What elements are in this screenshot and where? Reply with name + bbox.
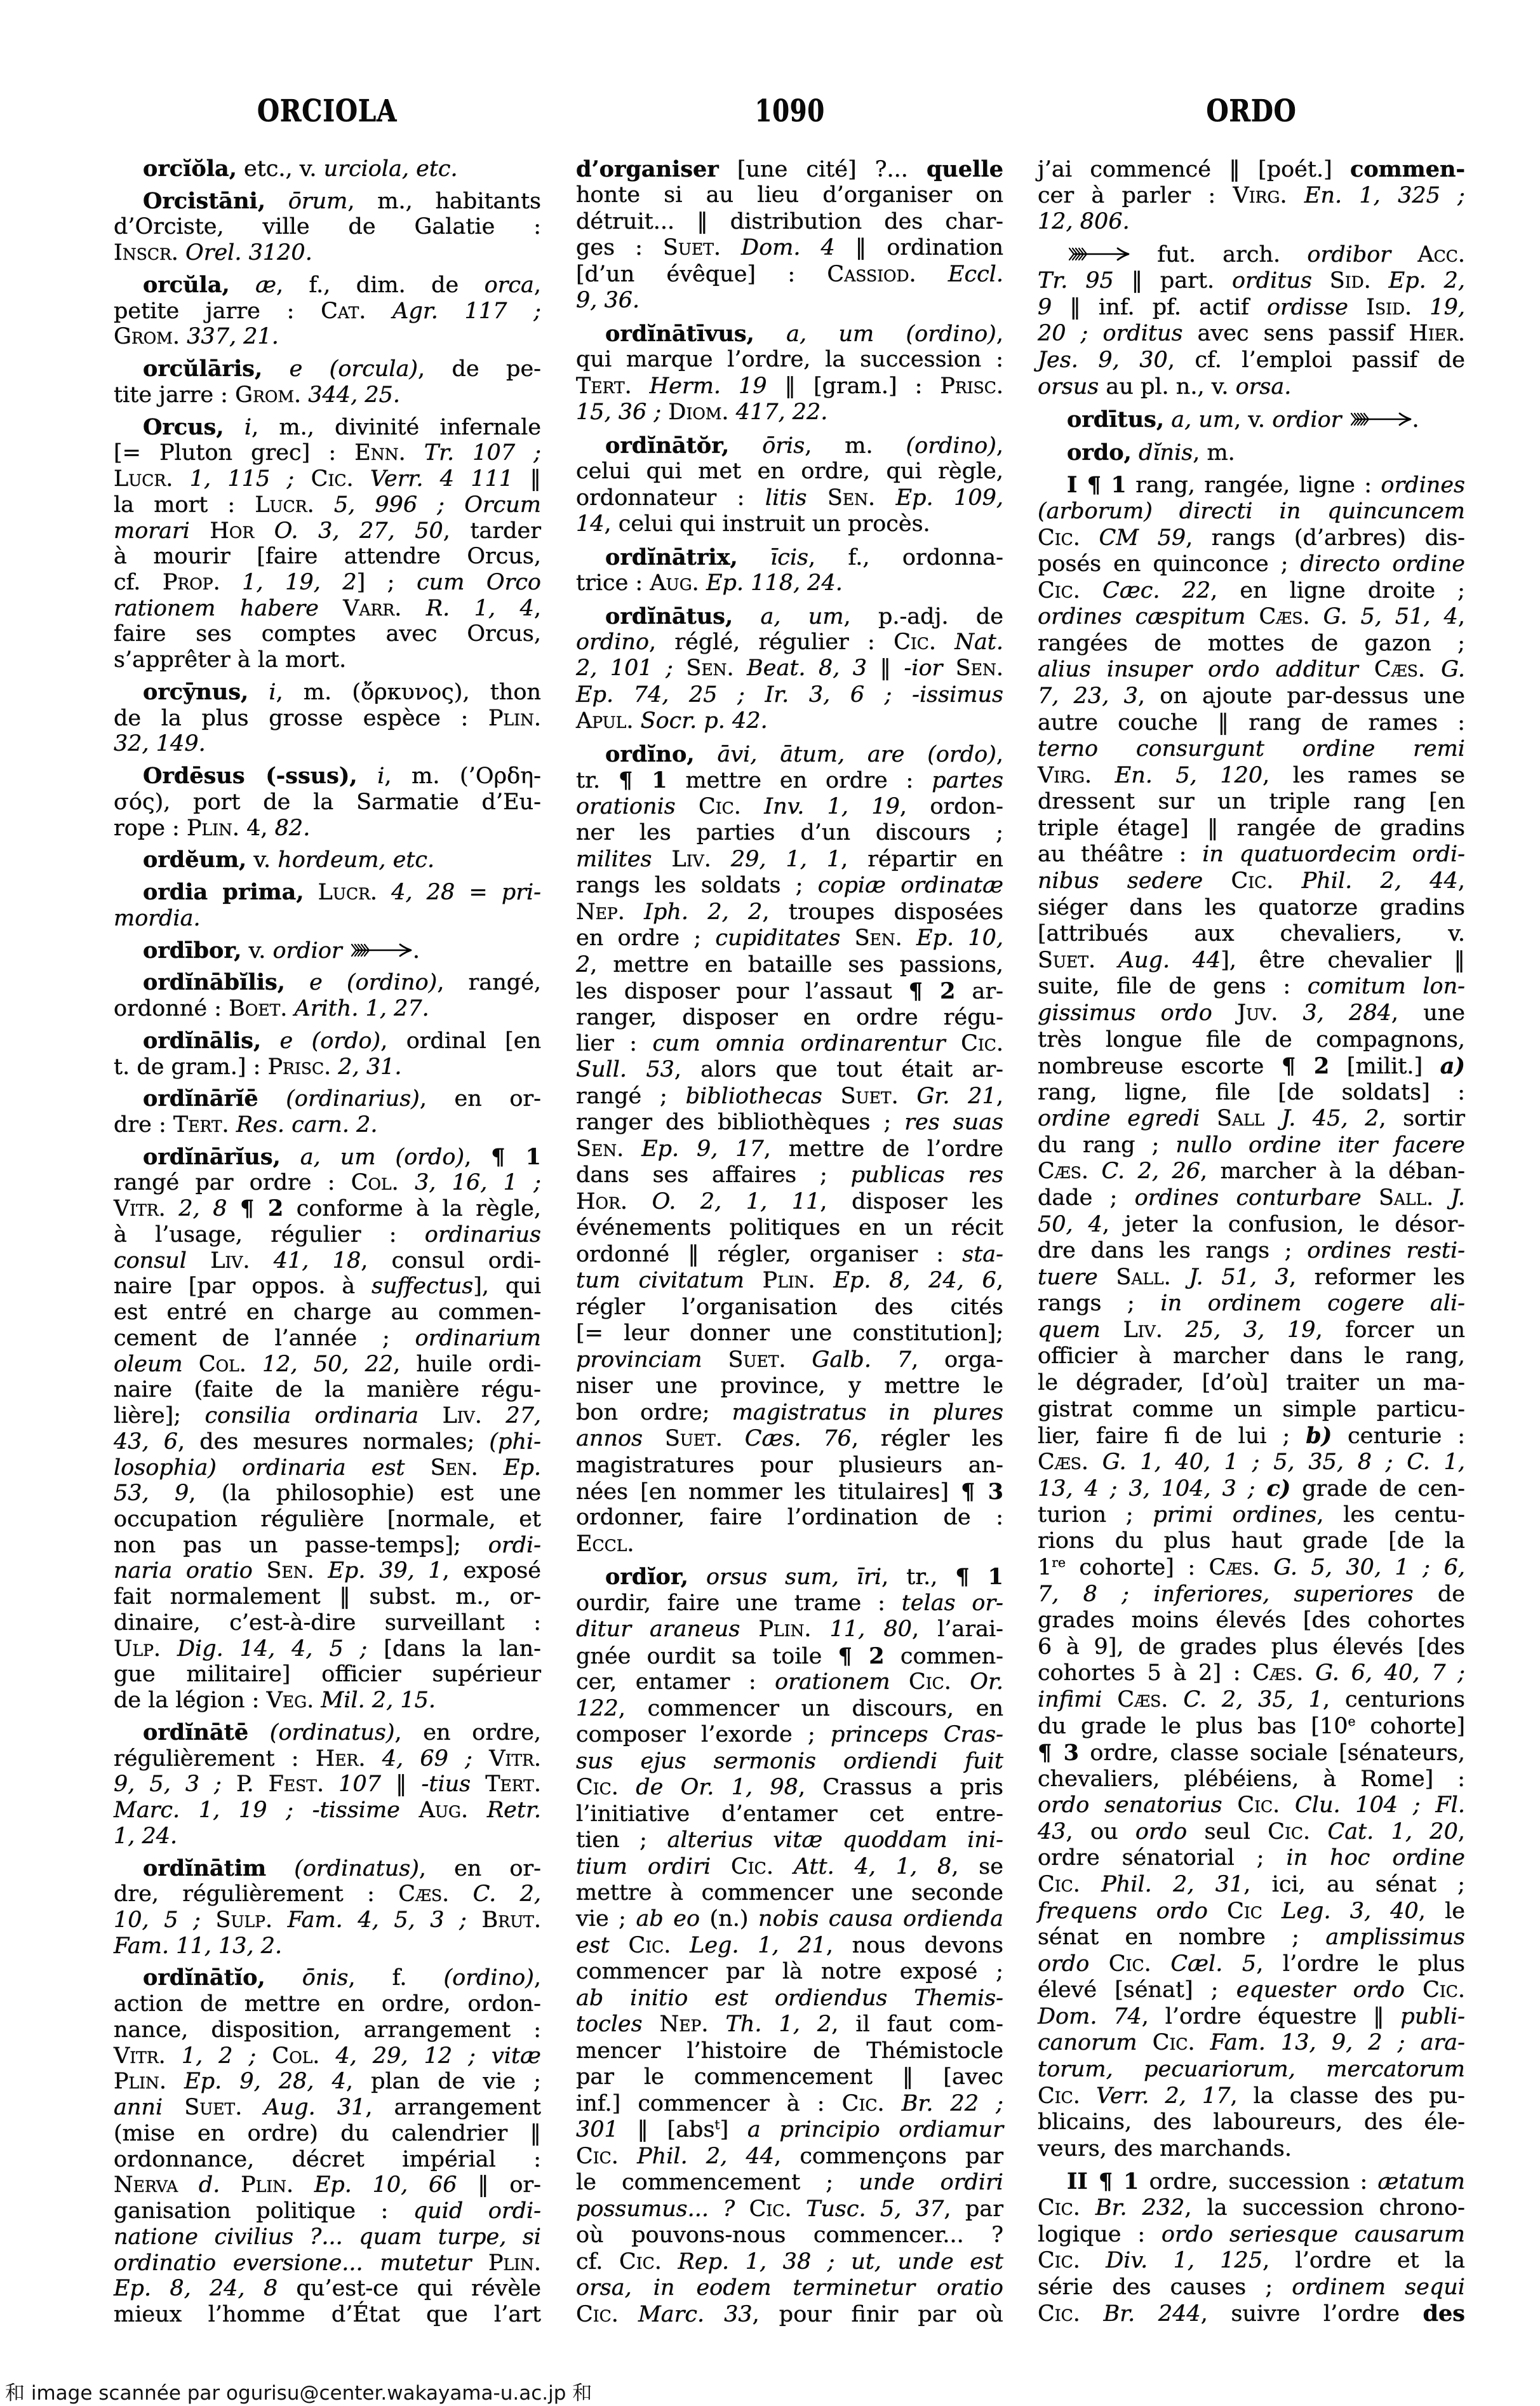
definition-text: , réglé, régulier : — [649, 629, 894, 655]
definition-text: seul — [1187, 1819, 1268, 1845]
definition-text — [633, 708, 640, 734]
dictionary-line: [d’un évêque] : Cassiod. Eccl. — [576, 262, 1003, 288]
definition-text: , nous devons — [826, 1933, 1003, 1958]
definition-text — [178, 2172, 199, 2198]
dictionary-entry: Orcus, i, m., divinité infernale[= Pluto… — [114, 415, 541, 673]
definition-text: , suivre l’ordre — [1201, 2301, 1423, 2327]
latin-text: 5, 996 ; Orcum — [334, 492, 541, 518]
dictionary-entry: ordĭnātus, a, um, p.-adj. deordino, régl… — [576, 603, 1003, 735]
latin-text: Cæc. 22 — [1102, 578, 1210, 603]
definition-text: fait normalement ‖ subst. m., or- — [114, 1584, 541, 1610]
latin-text: sta- — [962, 1242, 1003, 1267]
definition-text: ‖ inf. pf. actif — [1052, 295, 1267, 320]
latin-text: Herm. 19 — [650, 373, 767, 399]
author-abbreviation: Cæs. — [1209, 1555, 1260, 1580]
definition-text: mettre en ordre : — [667, 768, 932, 793]
dictionary-line: ranger des bibliothèques ; res suas — [576, 1110, 1003, 1136]
latin-text: alius insuper ordo additur — [1038, 657, 1358, 682]
definition-text: , — [534, 272, 541, 298]
author-abbreviation: Sen. — [827, 485, 875, 511]
definition-text: , pour finir par où — [753, 2302, 1003, 2327]
definition-text: rions du plus haut grade [de la — [1038, 1528, 1465, 1554]
definition-text: , — [996, 433, 1003, 459]
author-abbreviation: Cic. — [576, 2144, 619, 2169]
running-head-right-text: ORDO — [1206, 93, 1296, 130]
subsection-letter: a) — [1440, 1053, 1465, 1079]
definition-text: [milit.] — [1329, 1054, 1440, 1079]
dictionary-line: à l’usage, régulier : ordinarius — [114, 1222, 541, 1248]
author-abbreviation: Tert. — [485, 1771, 541, 1797]
headword-text: ordĭnālis, — [143, 1028, 261, 1054]
latin-text: ordi- — [488, 1533, 541, 1558]
definition-text: nance, disposition, arrangement : — [114, 2017, 541, 2043]
latin-text: Ep. 74, 25 ; Ir. 3, 6 ; -issimus — [576, 682, 1003, 708]
dictionary-line: orcŭlāris, e (orcula), de pe- — [114, 356, 541, 382]
definition-text — [735, 2196, 749, 2222]
dictionary-line: inf.] commencer à : Cic. Br. 22 ; — [576, 2091, 1003, 2117]
dictionary-line: Sen. Ep. 9, 17, mettre de l’ordre — [576, 1136, 1003, 1162]
author-abbreviation: Tert. — [173, 1112, 229, 1138]
headword-text: ordītus, — [1067, 407, 1164, 433]
dictionary-line: 10, 5 ; Sulp. Fam. 4, 5, 3 ; Brut. — [114, 1907, 541, 1933]
dictionary-line: orationis Cic. Inv. 1, 19, ordon- — [576, 794, 1003, 820]
definition-text: , une — [1391, 1000, 1465, 1026]
definition-text: siéger dans les quatorze gradins — [1038, 895, 1465, 920]
definition-text — [314, 1558, 328, 1583]
definition-text: . — [1412, 407, 1419, 433]
dictionary-line: en ordre ; cupiditates Sen. Ep. 10, — [576, 925, 1003, 951]
definition-text: cer à parler : — [1038, 183, 1233, 208]
dictionary-line: dans ses affaires ; publicas res — [576, 1162, 1003, 1188]
definition-text — [324, 1771, 338, 1797]
definition-text: , exposé — [443, 1558, 541, 1583]
definition-text: ordonné ‖ régler, organiser : — [576, 1242, 962, 1267]
definition-text: , — [534, 1965, 541, 1991]
latin-text: tium ordiri — [576, 1854, 711, 1879]
definition-text — [1080, 1872, 1101, 1897]
author-abbreviation: Sen. — [956, 655, 1003, 681]
latin-text: G. 5, 51, 4 — [1323, 604, 1458, 629]
latin-text: d. — [199, 2172, 220, 2198]
latin-text: 19, — [1430, 295, 1465, 320]
author-abbreviation: Grom. — [235, 382, 301, 408]
definition-text — [1362, 1185, 1379, 1211]
latin-text: a principio ordiamur — [747, 2117, 1003, 2142]
dictionary-line: gissimus ordo Juv. 3, 284, une — [1038, 1000, 1465, 1027]
dictionary-line: j’ai commencé ‖ [poét.] commen- — [1038, 156, 1465, 183]
latin-text: (phi- — [489, 1429, 541, 1455]
definition-text — [220, 2172, 241, 2198]
latin-text: ordines resti- — [1307, 1238, 1465, 1263]
definition-text — [293, 2172, 314, 2198]
definition-text — [281, 1145, 300, 1170]
latin-text: Ep. 8, 24, 6 — [833, 1268, 996, 1293]
definition-text — [1163, 1317, 1186, 1343]
latin-text: consilia ordinaria — [204, 1403, 418, 1428]
author-abbreviation: Sall. — [1116, 1265, 1170, 1290]
dictionary-line: ordĭnābĭlis, e (ordino), rangé, — [114, 970, 541, 996]
dictionary-line: ordĭnātŏr, ōris, m. (ordino), — [576, 433, 1003, 459]
headword-text: des — [1423, 2301, 1465, 2327]
dictionary-line: d’Orciste, ville de Galatie : — [114, 214, 541, 240]
dictionary-line: du rang ; nullo ordine iter facere — [1038, 1132, 1465, 1159]
dictionary-line: 9 ‖ inf. pf. actif ordisse Isid. 19, — [1038, 295, 1465, 321]
dictionary-line: gue militaire] officier supérieur — [114, 1662, 541, 1688]
latin-text: orsus — [1038, 374, 1099, 400]
latin-text: 1, 19, 2 — [242, 570, 356, 595]
dictionary-line: fait normalement ‖ subst. m., or- — [114, 1584, 541, 1610]
author-abbreviation: Cic. — [311, 466, 354, 492]
dictionary-line: ordino, réglé, régulier : Cic. Nat. — [576, 629, 1003, 655]
definition-text — [899, 1084, 917, 1109]
headword-text: ordĭor, — [605, 1564, 688, 1590]
definition-text: , m. ( — [276, 680, 361, 705]
dictionary-line: fut. arch. ordibor Acc. — [1038, 242, 1465, 269]
dictionary-line: du grade le plus bas [10e cohorte] — [1038, 1714, 1465, 1740]
dictionary-entry: ordĭnātim (ordinatus), en or-dre, réguli… — [114, 1856, 541, 1959]
latin-text: naria oratio — [114, 1558, 253, 1583]
definition-text — [1102, 1687, 1117, 1712]
latin-text: Aug. 44 — [1118, 948, 1221, 973]
definition-text: 4, — [239, 816, 275, 841]
definition-text — [822, 1084, 841, 1109]
dictionary-entry: fut. arch. ordibor Acc.Tr. 95 ‖ part. or… — [1038, 242, 1465, 400]
page-number-text: 1090 — [754, 93, 824, 130]
definition-text: de la légion : — [114, 1688, 267, 1713]
definition-text — [418, 1403, 442, 1428]
author-abbreviation: Cic. — [1038, 2195, 1080, 2221]
latin-text: 29, 1, 1 — [731, 847, 841, 872]
author-abbreviation: Aug. — [419, 1798, 468, 1823]
dictionary-line: sénat en nombre ; amplissimus — [1038, 1925, 1465, 1951]
latin-text: 1, 2 ; — [182, 2043, 257, 2069]
latin-text: telas or- — [902, 1590, 1003, 1616]
headword-text: ordībor, — [143, 938, 241, 964]
definition-text — [1222, 1792, 1238, 1818]
latin-text: Cæs. 76 — [745, 1426, 852, 1451]
definition-text: , l’ordre équestre ‖ — [1142, 2004, 1401, 2029]
definition-text: , plan de vie ; — [346, 2069, 541, 2094]
definition-text: mencer l’histoire de Thémistocle — [576, 2038, 1003, 2064]
author-abbreviation: Cic. — [576, 2302, 619, 2327]
latin-text: bibliothecas — [686, 1084, 822, 1109]
dictionary-line: ¶ 3 ordre, classe sociale [sénateurs, — [1038, 1740, 1465, 1766]
headword-text: ordĭnārĭē — [143, 1085, 258, 1112]
headword-text: ordĕum, — [143, 847, 246, 873]
latin-text: Dom. 74 — [1038, 2004, 1142, 2029]
dictionary-line: Suet. Aug. 44], être chevalier ‖ — [1038, 948, 1465, 974]
dictionary-line: Cic. Br. 232, la succession chrono- — [1038, 2195, 1465, 2222]
definition-text: petite jarre : — [114, 299, 321, 324]
definition-text: avec sens passif — [1183, 321, 1409, 346]
author-abbreviation: Plin. — [241, 2172, 293, 2198]
latin-text: i — [377, 763, 384, 789]
definition-text — [187, 1248, 210, 1274]
headword-text: ordĭnātīvus, — [605, 321, 754, 347]
latin-text: Jes. 9, 30 — [1038, 347, 1168, 373]
latin-text: copiæ ordinatæ — [818, 873, 1003, 898]
dictionary-line: ordonnateur : litis Sen. Ep. 109, — [576, 485, 1003, 511]
definition-text — [699, 570, 706, 596]
definition-text — [166, 1196, 179, 1221]
latin-text: directo ordine — [1301, 551, 1465, 577]
definition-text: , Crassus a pris — [798, 1775, 1003, 1800]
latin-text: 9, 36. — [576, 288, 639, 313]
dictionary-line: où pouvons-nous commencer... ? — [576, 2222, 1003, 2248]
dictionary-line: Cic. Phil. 2, 44, commençons par — [576, 2144, 1003, 2170]
definition-text — [190, 518, 210, 544]
latin-text: oleum — [114, 1352, 183, 1377]
latin-text: -ior — [904, 655, 942, 681]
definition-text: rope : — [114, 816, 187, 841]
headword-text: I ¶ 1 — [1067, 472, 1127, 498]
definition-text — [201, 1907, 216, 1933]
definition-text — [627, 1189, 652, 1214]
definition-text: dressent sur un triple rang [en — [1038, 789, 1465, 814]
definition-text — [400, 1798, 419, 1823]
dictionary-entry: ordītus, a, um, v. ordior . — [1038, 407, 1465, 433]
definition-text: , commençons par — [774, 2144, 1003, 2169]
definition-text — [792, 2196, 806, 2222]
definition-text: 1 — [1038, 1555, 1052, 1580]
definition-text: [dans la lan- — [367, 1636, 541, 1662]
definition-text — [1132, 440, 1139, 466]
latin-text: En. 1, 325 ; — [1304, 183, 1465, 208]
definition-text — [1195, 2030, 1210, 2055]
definition-text — [1137, 2030, 1153, 2055]
definition-text — [946, 1031, 961, 1056]
definition-text — [468, 1798, 487, 1823]
definition-text: , ou — [1066, 1819, 1135, 1845]
latin-text: orsa, in eodem terminetur oratio — [576, 2275, 1003, 2301]
definition-text: cf. — [576, 2249, 619, 2275]
latin-text: ordo seriesque causarum — [1162, 2222, 1465, 2247]
definition-text — [478, 1455, 504, 1481]
dictionary-line: infimi Cæs. C. 2, 35, 1, centurions — [1038, 1687, 1465, 1714]
dictionary-line: 1, 24. — [114, 1824, 541, 1850]
page-number: 1090 — [576, 93, 1003, 130]
definition-text: turion ; — [1038, 1502, 1153, 1528]
latin-text: Tusc. 5, 37 — [806, 2196, 944, 2222]
definition-text: , se — [951, 1854, 1003, 1879]
definition-text: , rangé, — [437, 970, 541, 995]
definition-text: ges : — [576, 235, 663, 260]
dictionary-line: Vitr. 1, 2 ; Col. 4, 29, 12 ; vitæ — [114, 2043, 541, 2069]
latin-text: Div. 1, 125 — [1106, 2248, 1262, 2273]
definition-text — [1246, 604, 1259, 629]
definition-text — [744, 1268, 763, 1293]
latin-text: Sull. 53 — [576, 1057, 674, 1082]
dictionary-line: dre, régulièrement : Cæs. C. 2, — [114, 1881, 541, 1907]
definition-text: fut. arch. — [1130, 242, 1307, 267]
dictionary-line: 9, 5, 3 ; P. Fest. 107 ‖ -tius Tert. — [114, 1771, 541, 1798]
definition-text: , tarder — [443, 518, 541, 544]
definition-text: , m., habitants — [347, 189, 541, 214]
latin-text: ditur araneus — [576, 1616, 740, 1642]
definition-text: , troupes disposées — [762, 899, 1003, 925]
definition-text — [1310, 604, 1323, 629]
dictionary-line: détruit... ‖ distribution des char- — [576, 209, 1003, 235]
definition-text: de — [1414, 1582, 1465, 1607]
author-abbreviation: Hor — [210, 518, 254, 544]
latin-text: J. 51, 3 — [1189, 1265, 1289, 1290]
latin-text: provinciam — [576, 1347, 702, 1373]
dictionary-line: terno consurgunt ordine remi — [1038, 736, 1465, 763]
definition-text — [1208, 1899, 1227, 1924]
definition-text: dre : — [114, 1112, 173, 1138]
dictionary-line: sus ejus sermonis ordiendi fuit — [576, 1749, 1003, 1775]
definition-text — [1080, 2301, 1104, 2327]
definition-text: ourdir, faire une trame : — [576, 1590, 902, 1616]
definition-text: ‖ part. — [1114, 268, 1232, 293]
definition-text: , m. — [805, 433, 906, 459]
definition-text — [1405, 1977, 1423, 2003]
latin-text: ordine egredi — [1038, 1106, 1200, 1131]
author-abbreviation: Vitr. — [114, 2043, 166, 2069]
definition-text: très longue file de compagnons, — [1038, 1027, 1465, 1052]
definition-text: 6 à 9], de grades plus élevés [des — [1038, 1634, 1465, 1660]
definition-text: autre couche ‖ rang de rames : — [1038, 710, 1465, 736]
dictionary-line: 7, 8 ; inferiores, superiores de — [1038, 1582, 1465, 1608]
text-column-2: d’organiser [une cité] ?... quellehonte … — [576, 156, 1003, 2328]
author-abbreviation: Nep. — [576, 899, 625, 925]
definition-text — [1080, 578, 1102, 603]
author-abbreviation: Isid. — [1366, 295, 1412, 320]
definition-text — [248, 680, 269, 705]
definition-text — [358, 763, 378, 789]
latin-text: 25, 3, 19 — [1186, 1317, 1316, 1343]
author-abbreviation: Suet. — [184, 2095, 242, 2120]
dictionary-line: blicains, des laboureurs, des éle- — [1038, 2109, 1465, 2136]
definition-text: ] ; — [357, 570, 417, 595]
latin-text: orca — [485, 272, 534, 298]
dictionary-line: à mourir [faire attendre Orcus, — [114, 544, 541, 570]
author-abbreviation: Cic. — [619, 2249, 662, 2275]
dictionary-line: nombreuse escorte ¶ 2 [milit.] a) — [1038, 1053, 1465, 1080]
definition-text: ], qui — [473, 1274, 541, 1299]
definition-text: de la plus grosse espèce : — [114, 706, 488, 731]
dictionary-line: Sull. 53, alors que tout était ar- — [576, 1057, 1003, 1083]
definition-text: chevaliers, plébéiens, à Rome] : — [1038, 1766, 1465, 1792]
latin-text: canorum — [1038, 2030, 1137, 2055]
latin-text: En. 5, 120 — [1115, 763, 1263, 788]
dictionary-line: naire (faite de la manière régu- — [114, 1377, 541, 1403]
latin-text: Socr. p. 42. — [641, 708, 768, 734]
definition-text — [643, 1426, 665, 1451]
definition-text — [1348, 295, 1366, 320]
author-abbreviation: Cic. — [1423, 1977, 1465, 2003]
dictionary-line: morari Hor O. 3, 27, 50, tarder — [114, 518, 541, 544]
definition-text — [314, 492, 334, 518]
author-abbreviation: Inscr. — [114, 240, 178, 265]
dictionary-line: par le commencement ‖ [avec — [576, 2064, 1003, 2090]
definition-text: régulièrement : — [114, 1746, 316, 1771]
definition-text: , l’ordre et la — [1262, 2248, 1465, 2273]
dictionary-line: ordonné : Boet. Arith. 1, 27. — [114, 996, 541, 1022]
dictionary-entry: Orcistāni, ōrum, m., habitantsd’Orciste,… — [114, 189, 541, 266]
latin-text: ordinem sequi — [1292, 2275, 1465, 2300]
dictionary-entry: orcŭlāris, e (orcula), de pe-tite jarre … — [114, 356, 541, 408]
latin-text: hordeum, etc. — [278, 847, 434, 873]
latin-text: quem — [1038, 1317, 1101, 1343]
dictionary-line: série des causes ; ordinem sequi — [1038, 2275, 1465, 2301]
definition-text — [253, 1558, 267, 1583]
dictionary-line: Cic. Div. 1, 125, l’ordre et la — [1038, 2248, 1465, 2275]
definition-text — [331, 1054, 338, 1080]
dictionary-line: ordĭnārĭus, a, um (ordo), ¶ 1 — [114, 1145, 541, 1171]
latin-text: 14 — [576, 511, 605, 537]
definition-text: commen- — [885, 1644, 1003, 1669]
dictionary-line: [attribués aux chevaliers, v. — [1038, 921, 1465, 948]
dictionary-entry: ordo, dĭnis, m. — [1038, 440, 1465, 466]
superscript: e — [1348, 1713, 1356, 1728]
latin-text: Br. 232 — [1095, 2195, 1185, 2221]
dictionary-line: ordre sénatorial ; in hoc ordine — [1038, 1845, 1465, 1872]
definition-text: , régler les — [852, 1426, 1003, 1451]
latin-text: J. — [1451, 1185, 1465, 1211]
latin-text: 122 — [576, 1696, 619, 1721]
dictionary-line: Apul. Socr. p. 42. — [576, 708, 1003, 734]
definition-text — [890, 1669, 909, 1695]
definition-text: ‖ [gram.] : — [767, 373, 941, 399]
dictionary-line: est entré en charge au commen- — [114, 1300, 541, 1326]
definition-text — [721, 235, 741, 260]
latin-text: Fam. 13, 9, 2 ; ara- — [1210, 2030, 1465, 2055]
definition-text — [1088, 1449, 1102, 1475]
definition-text: , — [1458, 604, 1465, 629]
latin-text: 13, 4 ; 3, 104, 3 ; — [1038, 1476, 1255, 1502]
dictionary-entry: orcȳnus, i, m. (ὄρκυνος), thonde la plus… — [114, 680, 541, 757]
dictionary-line: naria oratio Sen. Ep. 39, 1, exposé — [114, 1558, 541, 1584]
latin-text: Cat. 1, 20 — [1327, 1819, 1457, 1845]
dictionary-line: mettre à commencer une seconde — [576, 1880, 1003, 1906]
dictionary-line: Marc. 1, 19 ; -tissime Aug. Retr. — [114, 1798, 541, 1824]
dictionary-line: ordĭnātim (ordinatus), en or- — [114, 1856, 541, 1882]
dictionary-line: Tert. Herm. 19 ‖ [gram.] : Prisc. — [576, 373, 1003, 400]
dictionary-entry: ordĭnātrix, īcis, f., ordonna-trice : Au… — [576, 544, 1003, 597]
definition-text: gue militaire] officier supérieur — [114, 1662, 541, 1687]
dictionary-line: mencer l’histoire de Thémistocle — [576, 2038, 1003, 2064]
author-abbreviation: Cæs. — [1259, 604, 1310, 629]
definition-text: triple étage] ‖ rangée de gradins — [1038, 816, 1465, 841]
latin-text: Ep. 10, — [916, 925, 1003, 951]
dictionary-line: occupation régulière [normale, et — [114, 1507, 541, 1533]
latin-text: 107 — [338, 1771, 381, 1797]
latin-text: ordo — [1135, 1819, 1187, 1845]
definition-text: , consul ordi- — [361, 1248, 541, 1274]
latin-text: O. 3, 27, 50 — [274, 518, 443, 544]
definition-text: en ordre ; — [576, 925, 715, 951]
dictionary-entry: ordĭnātĭo, ōnis, f. (ordino),action de m… — [114, 1965, 541, 2327]
dictionary-line: Fam. 11, 13, 2. — [114, 1933, 541, 1959]
dictionary-line: petite jarre : Cat. Agr. 117 ; — [114, 299, 541, 325]
greek-etymon: ὄρκυνος — [361, 680, 454, 705]
definition-text: cohorte] — [1356, 1714, 1465, 1739]
author-abbreviation: Cæs. — [1374, 657, 1425, 682]
dictionary-line: posés en quinconce ; directo ordine — [1038, 551, 1465, 578]
author-abbreviation: Veg. — [267, 1688, 314, 1713]
latin-text: Phil. 2, 44 — [1302, 868, 1458, 894]
latin-text: 1, 24. — [114, 1824, 177, 1849]
definition-text: bon ordre; — [576, 1400, 732, 1425]
definition-text: au pl. n., v. — [1099, 374, 1235, 400]
definition-text: centurie : — [1332, 1423, 1465, 1449]
definition-text: faire ses comptes avec Orcus, — [114, 621, 541, 647]
definition-text: élevé [sénat] ; — [1038, 1977, 1236, 2003]
dictionary-line: nance, disposition, arrangement : — [114, 2017, 541, 2043]
dictionary-line: Vitr. 2, 8 ¶ 2 conforme à la règle, — [114, 1196, 541, 1222]
definition-text: du rang ; — [1038, 1132, 1175, 1158]
